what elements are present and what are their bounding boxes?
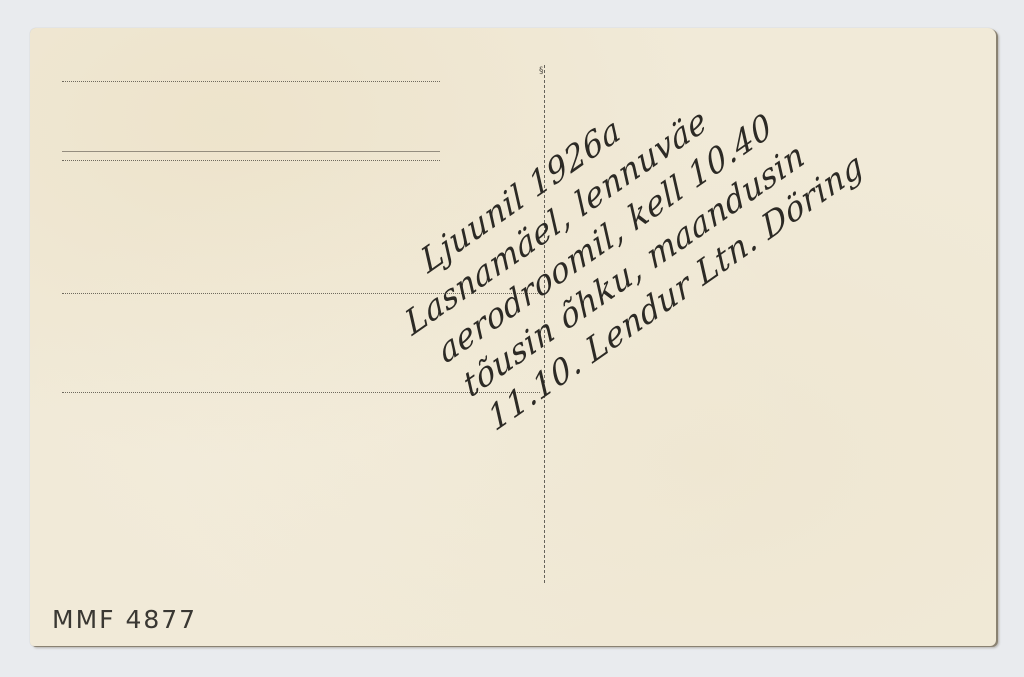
archive-id: MMF 4877 (52, 605, 197, 634)
address-line-2 (62, 151, 440, 152)
divider-mark: § (539, 66, 544, 76)
handwritten-note: Ljuunil 1926a Lasnamäel, lennuväe aerodr… (366, 0, 869, 476)
address-line-3 (62, 160, 440, 161)
address-line-1 (62, 81, 440, 82)
postcard-back: § Ljuunil 1926a Lasnamäel, lennuväe aero… (30, 28, 996, 646)
